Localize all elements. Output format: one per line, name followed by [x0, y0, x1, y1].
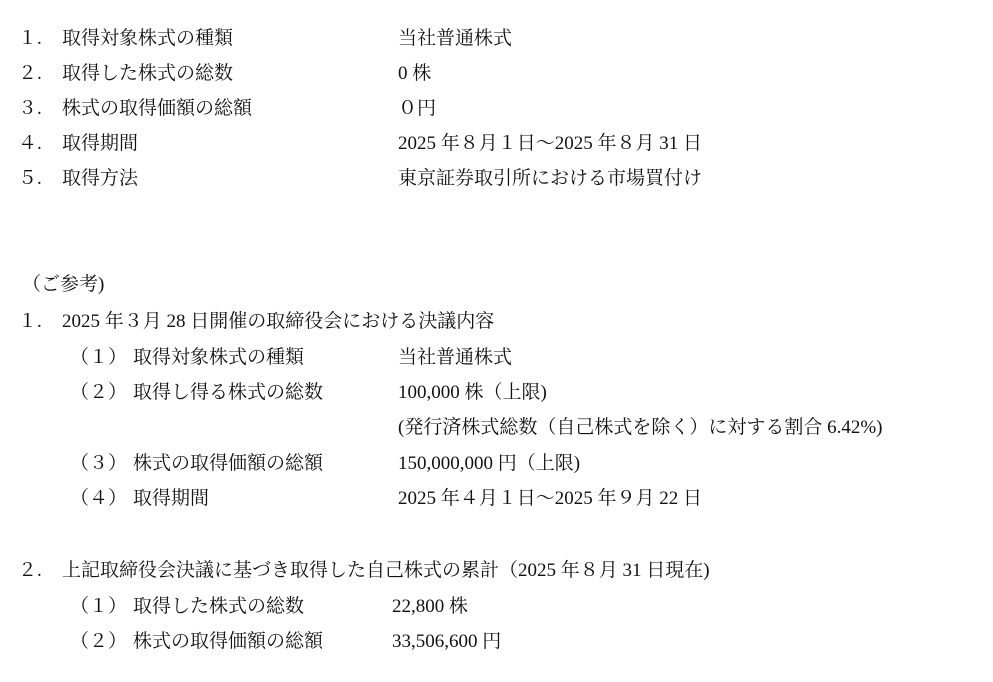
item-value: ０円: [398, 94, 436, 124]
item-label: 取得対象株式の種類: [133, 343, 304, 373]
item-number: ３.: [18, 94, 42, 124]
item-label: 取得し得る株式の総数: [133, 378, 323, 408]
section-number: ２.: [18, 556, 42, 586]
item-number: （４）: [70, 484, 127, 514]
item-number: （３）: [70, 449, 127, 479]
item-value: 22,800 株: [392, 592, 468, 622]
item-label: 株式の取得価額の総額: [62, 94, 252, 124]
item-number: （１）: [70, 592, 127, 622]
item-value: 東京証券取引所における市場買付け: [398, 164, 702, 194]
item-number: ２.: [18, 59, 42, 89]
item-label: 取得期間: [62, 129, 138, 159]
item-number: ５.: [18, 164, 42, 194]
ratio-note: (発行済株式総数（自己株式を除く）に対する割合 6.42%): [398, 413, 882, 443]
item-label: 取得した株式の総数: [133, 592, 304, 622]
item-value: 100,000 株（上限): [398, 378, 547, 408]
section-title: 上記取締役会決議に基づき取得した自己株式の累計（2025 年８月 31 日現在): [62, 556, 710, 586]
item-number: （２）: [70, 627, 127, 657]
reference-heading-text: （ご参考): [22, 270, 104, 300]
section-number: １.: [18, 307, 42, 337]
item-number: ４.: [18, 129, 42, 159]
item-label: 取得方法: [62, 164, 138, 194]
item-label: 取得対象株式の種類: [62, 24, 233, 54]
item-value: 2025 年８月１日～2025 年８月 31 日: [398, 129, 702, 159]
item-label: 取得した株式の総数: [62, 59, 233, 89]
item-value: 150,000,000 円（上限): [398, 449, 580, 479]
item-number: （２）: [70, 378, 127, 408]
item-value: 33,506,600 円: [392, 627, 501, 657]
item-value: 当社普通株式: [398, 343, 512, 373]
item-value: 2025 年４月１日～2025 年９月 22 日: [398, 484, 702, 514]
item-value: 当社普通株式: [398, 24, 512, 54]
item-label: 取得期間: [133, 484, 209, 514]
section-title: 2025 年３月 28 日開催の取締役会における決議内容: [62, 307, 494, 337]
item-label: 株式の取得価額の総額: [133, 449, 323, 479]
item-number: （１）: [70, 343, 127, 373]
item-value: 0 株: [398, 59, 431, 89]
item-label: 株式の取得価額の総額: [133, 627, 323, 657]
item-number: １.: [18, 24, 42, 54]
